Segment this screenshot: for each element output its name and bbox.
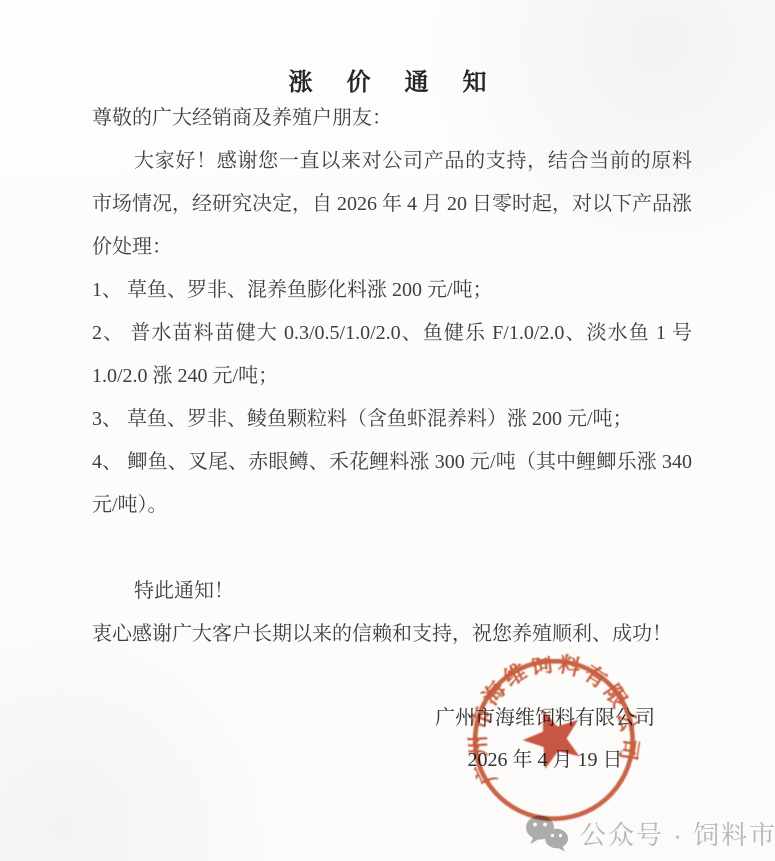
- watermark: 公众号 · 饲料市场: [524, 814, 775, 852]
- company-signature: 广州市海维饲料有限公司: [400, 697, 690, 739]
- intro-paragraph: 大家好！感谢您一直以来对公司产品的支持，结合当前的原料市场情况，经研究决定，自 …: [92, 140, 692, 269]
- salutation: 尊敬的广大经销商及养殖户朋友：: [92, 97, 692, 140]
- price-item-3: 3、 草鱼、罗非、鲮鱼颗粒料（含鱼虾混养料）涨 200 元/吨；: [92, 398, 692, 441]
- document-page: 涨 价 通 知 尊敬的广大经销商及养殖户朋友： 大家好！感谢您一直以来对公司产品…: [0, 0, 775, 861]
- notice-statement: 特此通知！: [92, 570, 692, 613]
- watermark-label: 公众号 · 饲料市场: [580, 815, 775, 852]
- page-title: 涨 价 通 知: [0, 62, 775, 97]
- price-item-1: 1、 草鱼、罗非、混养鱼膨化料涨 200 元/吨；: [92, 269, 692, 312]
- wechat-icon: [524, 814, 570, 852]
- signature-block: 广州市海维饲料有限公司 2026 年 4 月 19 日: [400, 697, 690, 781]
- closing-line: 衷心感谢广大客户长期以来的信赖和支持，祝您养殖顺利、成功！: [92, 613, 692, 656]
- notice-body: 尊敬的广大经销商及养殖户朋友： 大家好！感谢您一直以来对公司产品的支持，结合当前…: [92, 97, 692, 656]
- price-item-4: 4、 鲫鱼、叉尾、赤眼鳟、禾花鲤料涨 300 元/吨（其中鲤鲫乐涨 340 元/…: [92, 441, 692, 527]
- signature-date: 2026 年 4 月 19 日: [400, 739, 690, 781]
- price-item-2: 2、 普水苗料苗健大 0.3/0.5/1.0/2.0、鱼健乐 F/1.0/2.0…: [92, 312, 692, 398]
